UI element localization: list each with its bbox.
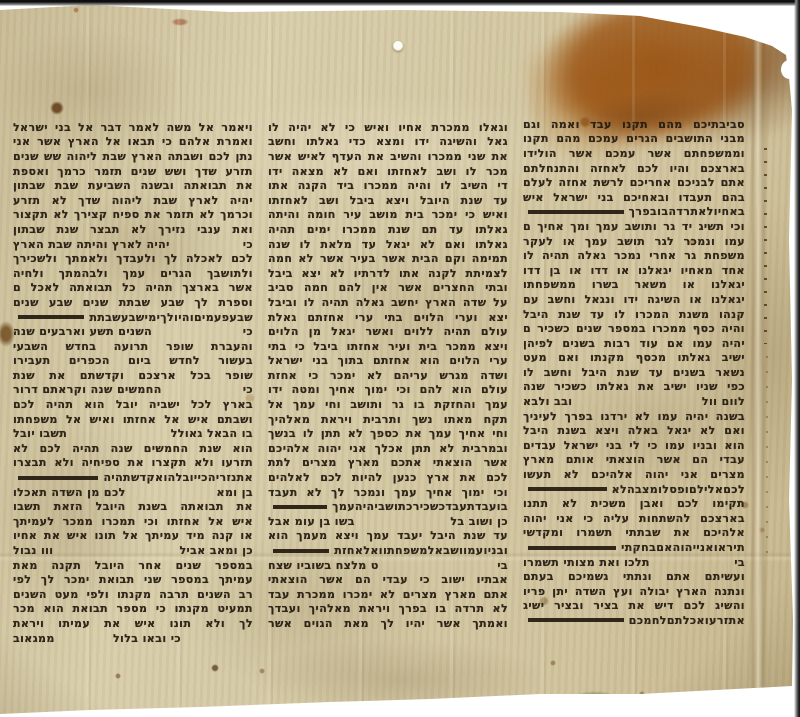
hebrew-word: שופר bbox=[225, 369, 253, 382]
manuscript-line: וגאלוממכרתאחיוואישכילאיהיהלו bbox=[268, 120, 508, 135]
hebrew-word: את bbox=[128, 456, 144, 469]
hebrew-word: וקדשתם bbox=[80, 369, 124, 382]
hebrew-word: ידו bbox=[268, 165, 283, 178]
hebrew-word: אחריכם bbox=[630, 176, 672, 189]
hebrew-word: לא bbox=[330, 267, 345, 280]
hebrew-word: תשבו bbox=[13, 500, 41, 513]
hebrew-word: לו bbox=[303, 427, 314, 440]
hebrew-word: לעמיתך bbox=[13, 515, 54, 528]
hebrew-word: את bbox=[674, 526, 690, 539]
hebrew-word: את bbox=[368, 150, 384, 163]
hebrew-word: תרדה bbox=[668, 205, 698, 218]
hebrew-word: הלוים bbox=[414, 311, 445, 324]
hebrew-word: לא bbox=[298, 252, 313, 265]
hebrew-word: שדה bbox=[463, 296, 487, 309]
hebrew-word: עד bbox=[449, 223, 464, 236]
manuscript-line: ונתנההארץיבולהועץהשדהיתןפריו bbox=[523, 584, 745, 599]
hebrew-word: עבדת bbox=[467, 500, 497, 513]
hebrew-word: מלאת bbox=[320, 238, 352, 251]
manuscript-line: שופרבכלארצכםוקדשתםאתשנת bbox=[13, 368, 253, 383]
hebrew-word: אתם bbox=[484, 588, 508, 601]
hebrew-word: אשר bbox=[484, 456, 508, 469]
hebrew-word: כי bbox=[243, 325, 253, 338]
hebrew-word: המכרו bbox=[635, 308, 669, 321]
hebrew-word: לדרתיו bbox=[354, 267, 391, 280]
hebrew-word: ישביה bbox=[149, 398, 180, 411]
hebrew-word: לאחזתו bbox=[387, 165, 427, 178]
manuscript-line: כיהחמשים שנה וקראתם דרור bbox=[13, 383, 253, 398]
hebrew-word: בשו בן עומ אבל bbox=[268, 515, 355, 528]
hebrew-word: תרועה bbox=[114, 340, 149, 353]
hebrew-word: סביבתיכם bbox=[693, 118, 745, 131]
hebrew-word: ואם bbox=[445, 238, 466, 251]
hebrew-word: מבני bbox=[720, 132, 745, 145]
hebrew-word: בני bbox=[312, 354, 328, 367]
hebrew-word: עמך bbox=[293, 398, 316, 411]
manuscript-column-left: ויאמראלמשהלאמרדבראלבניישראלואמרתאלהםכיתב… bbox=[13, 120, 253, 645]
parchment-sheet: ויאמראלמשהלאמרדבראלבניישראלואמרתאלהםכיתב… bbox=[0, 0, 800, 717]
hebrew-word: אחזתו bbox=[167, 515, 200, 528]
hebrew-word: היבל bbox=[430, 529, 456, 542]
hebrew-word: ובשנה bbox=[141, 179, 174, 192]
hebrew-word: גאלתו bbox=[596, 380, 629, 393]
hebrew-word: יהוה bbox=[673, 541, 697, 554]
hebrew-word: יתן bbox=[552, 585, 568, 598]
hebrew-word: ושב bbox=[319, 194, 339, 207]
hebrew-word: אשר bbox=[229, 281, 253, 294]
hebrew-word: אתכם bbox=[391, 456, 422, 469]
hebrew-word: איש bbox=[232, 515, 253, 528]
manuscript-line: תזרעוולאתקצרואתספיחיהולאתבצרו bbox=[13, 456, 253, 471]
hebrew-word: לצמיתת bbox=[466, 267, 508, 280]
hebrew-word: רבות bbox=[604, 337, 630, 350]
hebrew-word: תבצר bbox=[90, 223, 120, 236]
hebrew-word: תזרע bbox=[225, 165, 252, 178]
hebrew-word: ולא bbox=[194, 456, 214, 469]
hebrew-word: הוא bbox=[84, 398, 105, 411]
hebrew-word: עבד bbox=[268, 588, 290, 601]
hebrew-word: שנים bbox=[576, 322, 602, 335]
hebrew-word: יובל bbox=[176, 471, 198, 484]
hebrew-word: איש bbox=[67, 529, 88, 542]
hebrew-word: ידו bbox=[268, 383, 283, 396]
hebrew-word: אני bbox=[13, 135, 30, 148]
hebrew-word: תמעיט bbox=[217, 602, 253, 615]
hebrew-word: אל bbox=[268, 398, 283, 411]
hebrew-word: לתת bbox=[268, 456, 291, 469]
hebrew-word: לחמכם bbox=[629, 614, 667, 627]
hebrew-word: להיות bbox=[352, 471, 383, 484]
hebrew-word: בו bbox=[435, 602, 446, 615]
hebrew-word: כי bbox=[308, 369, 318, 382]
manuscript-line: דיהשיבלווהיהממכרובידהקנהאתו bbox=[268, 178, 508, 193]
hebrew-word: משאר bbox=[635, 278, 668, 291]
hebrew-word: את bbox=[492, 150, 508, 163]
hebrew-word: גר bbox=[392, 398, 404, 411]
line-filler-dash bbox=[528, 617, 624, 623]
hebrew-word: עד bbox=[493, 194, 508, 207]
hebrew-word: וחי bbox=[492, 427, 508, 440]
hebrew-word: היבל bbox=[523, 308, 549, 321]
manuscript-line: והעברתשופרתרועהבחדשהשבעי bbox=[13, 339, 253, 354]
hebrew-word: תהיה bbox=[145, 281, 172, 294]
hebrew-word: ימוך bbox=[364, 383, 387, 396]
hebrew-word: הם bbox=[692, 453, 708, 466]
line-filler-dash bbox=[528, 545, 616, 551]
manuscript-line: אתתבואתהבשנתהיובלהזאתתשבו bbox=[13, 499, 253, 514]
hebrew-word: וכי bbox=[396, 383, 410, 396]
hebrew-word: יצא bbox=[488, 311, 508, 324]
hebrew-word: כספך bbox=[370, 427, 399, 440]
hebrew-word: תונו bbox=[94, 529, 116, 542]
hebrew-word: הוא bbox=[452, 383, 473, 396]
hebrew-word: אשר bbox=[319, 573, 343, 586]
hebrew-word: גאלתו bbox=[678, 351, 711, 364]
hebrew-word: לכם bbox=[231, 252, 253, 265]
manuscript-line: בעשורלחדשביוםהכפריםתעבירו bbox=[13, 354, 253, 369]
manuscript-line: ואתענבינזירךלאתבצרשנתשבתון bbox=[13, 222, 253, 237]
scan-background: ויאמראלמשהלאמרדבראלבניישראלואמרתאלהםכיתב… bbox=[0, 0, 800, 717]
hebrew-word: עם bbox=[523, 293, 539, 306]
hebrew-word: יהיו bbox=[406, 617, 425, 630]
hebrew-word: לא bbox=[564, 468, 579, 481]
hebrew-word: לא bbox=[698, 205, 713, 218]
hebrew-word: אני bbox=[556, 512, 573, 525]
hebrew-word: בנשך bbox=[268, 427, 296, 440]
hebrew-word: עמו bbox=[658, 410, 678, 423]
hebrew-word: לו bbox=[300, 238, 311, 251]
hebrew-word: ימוך bbox=[462, 486, 485, 499]
hebrew-word: ויראת bbox=[321, 413, 352, 426]
manuscript-line: במספרשניםאחרהיובלתקנהמאת bbox=[13, 558, 253, 573]
hebrew-word: משה bbox=[167, 121, 192, 134]
manuscript-line: אתשניממכרווהשיבאתהעדףלאישאשר bbox=[268, 149, 508, 164]
hebrew-word: משפחתו bbox=[13, 413, 58, 426]
hebrew-word: הוצאתי bbox=[268, 573, 308, 586]
hebrew-word: ימכר bbox=[64, 573, 90, 586]
hebrew-word: בפרך bbox=[398, 602, 427, 615]
hebrew-word: כנען bbox=[393, 471, 417, 484]
hebrew-word: כל bbox=[122, 281, 136, 294]
hebrew-word: ירדנו bbox=[600, 410, 627, 423]
hebrew-word: מעט bbox=[523, 351, 547, 364]
hebrew-word: באחיו bbox=[714, 205, 745, 218]
hebrew-word: בו bbox=[657, 205, 668, 218]
hebrew-word: תשמרו bbox=[576, 526, 612, 539]
hebrew-word: כי bbox=[583, 512, 593, 525]
hebrew-word: עליה bbox=[603, 512, 629, 525]
hebrew-word: לכם bbox=[39, 442, 61, 455]
hebrew-word: שנת bbox=[199, 442, 221, 455]
hebrew-word: הוצאתי bbox=[433, 456, 473, 469]
hebrew-word: תרבה bbox=[159, 588, 189, 601]
hebrew-word: לכם bbox=[677, 497, 699, 510]
manuscript-line: כפישניוישיבאתגאלתוכשכירשנה bbox=[523, 380, 745, 395]
hebrew-word: והיתה bbox=[268, 208, 300, 221]
hebrew-word: לך bbox=[160, 311, 174, 324]
manuscript-line: ואמרתאלהםכיתבאואלהארץאשראני bbox=[13, 135, 253, 150]
hebrew-word: מאתו bbox=[444, 413, 473, 426]
line-filler-dash bbox=[273, 548, 329, 554]
hebrew-word: לך bbox=[194, 296, 208, 309]
manuscript-line: משפחתגראחרינמכרגאלהתהיהלו bbox=[523, 248, 745, 263]
hebrew-word: ממכרו bbox=[428, 150, 463, 163]
hebrew-word: ממכרו bbox=[342, 223, 377, 236]
hebrew-word: ויצא bbox=[335, 529, 359, 542]
hebrew-word: אחר bbox=[138, 559, 161, 572]
hebrew-word: מכר bbox=[13, 602, 35, 615]
hebrew-word: ביד bbox=[337, 179, 355, 192]
hebrew-word: הוא bbox=[232, 442, 253, 455]
scanner-edge-right bbox=[794, 0, 800, 717]
manuscript-line: הואשנתהחמשיםשנהתהיהלכםלא bbox=[13, 441, 253, 456]
hebrew-word: ונגאל bbox=[584, 293, 614, 306]
hebrew-word: אחיך bbox=[537, 220, 564, 233]
manuscript-line: ישיבגאלתומכסףמקנתוואםמעט bbox=[523, 351, 745, 366]
manuscript-line: ועשיתםאתםונתתיגשמיכםבעתם bbox=[523, 569, 745, 584]
manuscript-line: ויצאממכרביתועיראחזתוביבלכיבתי bbox=[268, 339, 508, 354]
hebrew-word: וחשב bbox=[268, 135, 296, 148]
hebrew-word: לפיהן bbox=[523, 337, 553, 350]
hebrew-word: ללוים bbox=[404, 325, 434, 338]
manuscript-line: יגאלנואומשארבשרוממשפחתו bbox=[523, 278, 745, 293]
hebrew-word: לא bbox=[420, 238, 435, 251]
hebrew-word: שנת bbox=[617, 366, 639, 379]
hebrew-word: רב bbox=[239, 588, 253, 601]
manuscript-line: באחיולאתרדהבובפרך bbox=[523, 205, 745, 220]
hebrew-word: ממגאוב bbox=[13, 632, 55, 645]
hebrew-word: לא bbox=[307, 486, 322, 499]
hebrew-word: וקם bbox=[445, 252, 466, 265]
manuscript-line: לכםלאכלהלךולעבדךולאמתךולשכירך bbox=[13, 251, 253, 266]
hebrew-word: בציר bbox=[593, 599, 618, 612]
hebrew-word: ולבהמתך bbox=[59, 267, 108, 280]
manuscript-line: ולתושבךהגריםעמךולבהמתךולחיה bbox=[13, 266, 253, 281]
hebrew-word: אחזתם bbox=[307, 311, 344, 324]
hebrew-word: שבע bbox=[229, 311, 253, 324]
manuscript-line: כייהיה לארץ והיתה שבת הארץ bbox=[13, 237, 253, 252]
hebrew-word: אני bbox=[349, 442, 366, 455]
hebrew-word: בי bbox=[497, 559, 508, 572]
scanner-edge-top bbox=[0, 0, 800, 6]
hebrew-word: לכם bbox=[320, 471, 342, 484]
hebrew-word: והשיב bbox=[390, 150, 422, 163]
hebrew-word: תלכו ואת מצותי תשמרו bbox=[523, 556, 650, 569]
hebrew-word: עריהם bbox=[394, 369, 428, 382]
hebrew-word: אשר bbox=[268, 150, 292, 163]
manuscript-line: תזרעשדךושששניםתזמרכרמךואספת bbox=[13, 164, 253, 179]
hebrew-word: ועבדך bbox=[268, 602, 301, 615]
hebrew-word: ויצא bbox=[484, 340, 508, 353]
hebrew-word: מכסף bbox=[636, 351, 667, 364]
hebrew-word: כן ומאב אביל bbox=[179, 544, 253, 557]
hebrew-word: יהיה bbox=[685, 410, 708, 423]
manuscript-line: הואובניועמוכיליבניישראלעבדים bbox=[523, 438, 745, 453]
hebrew-word: או bbox=[240, 529, 253, 542]
hebrew-word: עמך bbox=[367, 529, 390, 542]
hebrew-word: ביבל bbox=[313, 340, 338, 353]
hebrew-word: בני bbox=[598, 191, 614, 204]
hebrew-word: אשר bbox=[268, 617, 292, 630]
hebrew-word: יד bbox=[682, 220, 693, 233]
hebrew-word: כפי bbox=[727, 380, 745, 393]
hebrew-word: אכלך bbox=[375, 442, 404, 455]
hebrew-word: עד bbox=[362, 238, 377, 251]
manuscript-line: עלשדההארץיחשבגאלהתהיהלווביבל bbox=[268, 295, 508, 310]
hebrew-word: נתן bbox=[235, 150, 252, 163]
manuscript-line: שבעפעמיםוהיולךימישבעשבתת bbox=[13, 310, 253, 325]
hebrew-word: היבל bbox=[523, 424, 549, 437]
hebrew-word: לכם bbox=[723, 483, 745, 496]
hebrew-word: ואמרת bbox=[217, 135, 253, 148]
hebrew-word: ופסל bbox=[662, 483, 689, 496]
hebrew-word: מצרים bbox=[710, 468, 745, 481]
hebrew-word: ואיש bbox=[483, 208, 508, 221]
hebrew-word: ידו bbox=[624, 293, 639, 306]
hebrew-word: עמך bbox=[123, 267, 146, 280]
hebrew-word: שנת bbox=[558, 308, 580, 321]
hebrew-word: לכם מן השדה תאכלו bbox=[13, 486, 126, 499]
manuscript-line: עדשנתהיובלויצאביבלושבלאחזתו bbox=[268, 193, 508, 208]
hebrew-word: לא bbox=[321, 121, 336, 134]
hebrew-word: עמו bbox=[665, 439, 685, 452]
hebrew-word: את bbox=[638, 380, 654, 393]
manuscript-line: נתןלכםושבתההארץשבתליהוהשששנים bbox=[13, 149, 253, 164]
hebrew-word: ושדה bbox=[480, 369, 508, 382]
hebrew-word: ענבי bbox=[197, 223, 221, 236]
hebrew-word: עמך bbox=[485, 398, 508, 411]
hebrew-word: מארץ bbox=[445, 588, 476, 601]
hebrew-word: שנה bbox=[523, 380, 545, 393]
stitch-holes bbox=[764, 148, 767, 344]
hebrew-word: וכי bbox=[144, 515, 158, 528]
hebrew-word: את bbox=[237, 179, 253, 192]
hebrew-word: משנת bbox=[679, 308, 709, 321]
hebrew-word: יהיה לארץ והיתה שבת הארץ bbox=[13, 238, 170, 251]
hebrew-word: הלוים bbox=[449, 354, 480, 367]
hebrew-word: תעבירו bbox=[13, 354, 51, 367]
hebrew-word: לא bbox=[493, 602, 508, 615]
hebrew-word: שנים bbox=[175, 559, 201, 572]
hebrew-word: הארץ bbox=[68, 135, 99, 148]
manuscript-line: ואישכיימכרביתמושבעירחומהוהיתה bbox=[268, 208, 508, 223]
manuscript-line: יגאלנואוהשיגהידוונגאלוחשבעם bbox=[523, 292, 745, 307]
hebrew-word: ואל bbox=[363, 544, 383, 557]
hebrew-word: עולם bbox=[481, 383, 508, 396]
hebrew-word: עמיתך bbox=[219, 573, 253, 586]
hebrew-word: כי bbox=[465, 208, 475, 221]
hebrew-word: בחדש bbox=[66, 340, 97, 353]
manuscript-line: תמעיטמקנתוכימספרתבואתהואמכר bbox=[13, 602, 253, 617]
hebrew-word: וחי bbox=[325, 398, 341, 411]
hebrew-word: ספיח bbox=[113, 208, 140, 221]
hebrew-word: מאת bbox=[344, 617, 369, 630]
hebrew-word: שנת bbox=[388, 223, 410, 236]
hebrew-word: לו bbox=[466, 165, 477, 178]
hebrew-word: שנים bbox=[13, 296, 39, 309]
hebrew-word: יגאל bbox=[331, 325, 355, 338]
hebrew-word: אחיך bbox=[426, 486, 453, 499]
hebrew-word: גאלתו bbox=[475, 238, 508, 251]
hebrew-word: בחקתי bbox=[621, 541, 656, 554]
hebrew-word: קצירך bbox=[74, 208, 108, 221]
hebrew-word: שבתתי bbox=[626, 526, 661, 539]
hebrew-word: אשר bbox=[398, 281, 422, 294]
hebrew-word: ומטה bbox=[292, 383, 320, 396]
hebrew-word: והשיגה bbox=[439, 135, 477, 148]
hebrew-word: בכל bbox=[190, 369, 211, 382]
hebrew-word: בני bbox=[55, 121, 71, 134]
hebrew-word: שנים bbox=[13, 150, 39, 163]
manuscript-line: עמוונמכרלגרתושבעמךאולעקר bbox=[523, 234, 745, 249]
hebrew-word: מהם bbox=[658, 118, 682, 131]
hebrew-word: תזמר bbox=[166, 208, 194, 221]
hebrew-word: לו bbox=[614, 308, 625, 321]
hebrew-word: ואמתך bbox=[472, 617, 508, 630]
hebrew-word: עבד bbox=[590, 118, 612, 131]
manuscript-line: תקחמאתונשךותרביתויראתמאלהיך bbox=[268, 412, 508, 427]
puncture-hole bbox=[393, 41, 403, 51]
manuscript-line: אשרבארצךתהיהכלתבואתהלאכלם bbox=[13, 281, 253, 296]
hebrew-word: העדף bbox=[332, 150, 362, 163]
hebrew-word: הארץ bbox=[676, 585, 707, 598]
hebrew-word: אל bbox=[106, 135, 121, 148]
hebrew-word: ונתתי bbox=[623, 570, 652, 583]
hebrew-word: די bbox=[497, 179, 508, 192]
hebrew-word: ליהוה bbox=[67, 150, 98, 163]
hebrew-word: ממשפחתו bbox=[523, 278, 576, 291]
manuscript-line: אוקנהמידעמיתךאלתונואישאתאחיו bbox=[13, 529, 253, 544]
hebrew-word: וחשב bbox=[548, 293, 576, 306]
hebrew-word: אל bbox=[164, 413, 179, 426]
hebrew-word: ואספת bbox=[13, 165, 49, 178]
hebrew-word: יצא bbox=[301, 267, 321, 280]
hebrew-word: ם bbox=[13, 281, 21, 294]
hebrew-word: שבת bbox=[55, 179, 79, 192]
manuscript-line: כיהשנים תשע וארבעים שנה bbox=[13, 324, 253, 339]
hebrew-word: ויראת bbox=[13, 617, 44, 630]
manuscript-line: בשנהיהיהעמולאירדנובפרךלעיניך bbox=[523, 409, 745, 424]
hebrew-word: ארץ bbox=[427, 471, 450, 484]
hebrew-word: מקנתו bbox=[117, 588, 151, 601]
hebrew-word: שדך bbox=[78, 194, 100, 207]
manuscript-line: כן ומאב אבילווו נבול bbox=[13, 543, 253, 558]
hebrew-word: ואשר bbox=[365, 325, 393, 338]
hebrew-word: ימי bbox=[145, 311, 161, 324]
hebrew-word: עבדי bbox=[720, 453, 745, 466]
hebrew-word: והיה bbox=[721, 322, 745, 335]
hebrew-word: תהיה bbox=[46, 398, 73, 411]
hebrew-word: ואם bbox=[724, 424, 745, 437]
hebrew-word: יעבד bbox=[397, 529, 422, 542]
hebrew-word: את bbox=[629, 599, 645, 612]
hebrew-word: סביב bbox=[268, 281, 294, 294]
hebrew-word: אחזה bbox=[559, 176, 588, 189]
hebrew-word: ותושב bbox=[350, 398, 382, 411]
hebrew-word: מארץ bbox=[523, 453, 554, 466]
hebrew-word: אשר bbox=[382, 252, 406, 265]
hebrew-word: ובניו bbox=[484, 544, 508, 557]
hebrew-word: לא bbox=[562, 497, 577, 510]
hebrew-word: דדו bbox=[523, 264, 541, 277]
hebrew-word: עמכם bbox=[605, 147, 636, 160]
hebrew-word: תמימה bbox=[472, 252, 508, 265]
hebrew-word: אותם bbox=[566, 453, 595, 466]
manuscript-line: בארצכםלהשתחותעליהכיאנייהוה bbox=[523, 511, 745, 526]
hebrew-word: יגאלנו bbox=[711, 293, 745, 306]
hebrew-word: גאלה bbox=[577, 249, 606, 262]
hebrew-word: תתן bbox=[321, 427, 341, 440]
